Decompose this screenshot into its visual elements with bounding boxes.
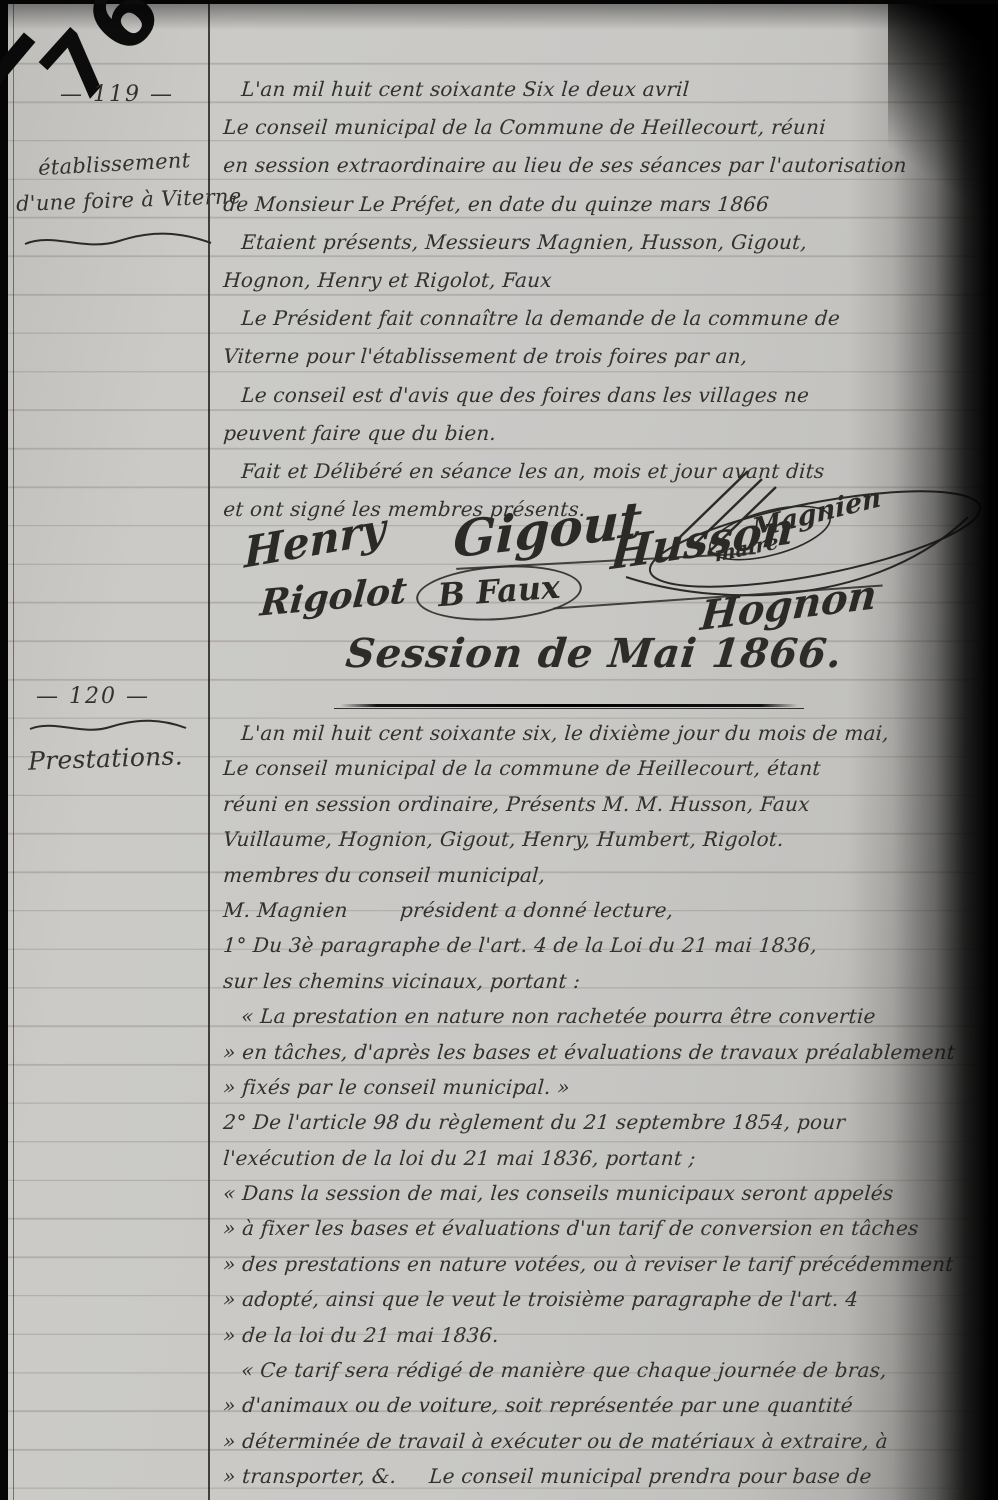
handwritten-line: Etaient présents, Messieurs Magnien, Hus… <box>222 223 949 261</box>
handwritten-line: » d'animaux ou de voiture, soit représen… <box>222 1388 948 1423</box>
handwritten-line: Le conseil est d'avis que des foires dan… <box>222 376 949 414</box>
page-edge-line <box>13 4 14 1500</box>
session-heading: Session de Mai 1866. <box>344 630 845 677</box>
handwritten-line: 1° Du 3è paragraphe de l'art. 4 de la Lo… <box>222 928 948 963</box>
scanned-register-page: 76 — 119 — établissement d'une foire à V… <box>0 0 998 1500</box>
margin-flourish-icon <box>28 716 188 738</box>
entry-120-body: L'an mil huit cent soixante six, le dixi… <box>222 716 946 1495</box>
handwritten-line: l'exécution de la loi du 21 mai 1836, po… <box>222 1141 948 1176</box>
handwritten-line: » de la loi du 21 mai 1836. <box>222 1318 948 1353</box>
heading-rule-heavy <box>340 704 798 707</box>
heading-rule-thin <box>334 708 804 709</box>
handwritten-line: L'an mil huit cent soixante Six le deux … <box>222 70 949 108</box>
handwritten-line: » en tâches, d'après les bases et évalua… <box>222 1035 948 1070</box>
handwritten-line: » à fixer les bases et évaluations d'un … <box>222 1211 948 1246</box>
paper: 76 — 119 — établissement d'une foire à V… <box>8 4 998 1500</box>
handwritten-line: peuvent faire que du bien. <box>222 414 949 452</box>
entry-120-number: — 120 — <box>36 684 150 709</box>
margin-flourish-icon <box>23 228 213 254</box>
handwritten-line: Hognon, Henry et Rigolot, Faux <box>222 261 949 299</box>
handwritten-line: en session extraordinaire au lieu de ses… <box>222 146 949 184</box>
handwritten-line: sur les chemins vicinaux, portant : <box>222 964 948 999</box>
handwritten-line: Vuillaume, Hognion, Gigout, Henry, Humbe… <box>222 822 948 857</box>
handwritten-line: réuni en session ordinaire, Présents M. … <box>222 787 948 822</box>
corner-shade <box>888 4 998 284</box>
handwritten-line: « Ce tarif sera rédigé de manière que ch… <box>222 1353 948 1388</box>
top-shade <box>8 4 998 30</box>
handwritten-line: membres du conseil municipal, <box>222 858 948 893</box>
handwritten-line: M. Magnien président a donné lecture, <box>222 893 948 928</box>
handwritten-line: de Monsieur Le Préfet, en date du quinze… <box>222 185 949 223</box>
handwritten-line: » déterminée de travail à exécuter ou de… <box>222 1424 948 1459</box>
handwritten-line: Le conseil municipal de la commune de He… <box>222 751 948 786</box>
handwritten-line: Le conseil municipal de la Commune de He… <box>222 108 949 146</box>
handwritten-line: Le Président fait connaître la demande d… <box>222 299 949 337</box>
entry-119-number: — 119 — <box>60 82 174 107</box>
handwritten-line: « Dans la session de mai, les conseils m… <box>222 1176 948 1211</box>
handwritten-line: » fixés par le conseil municipal. » <box>222 1070 948 1105</box>
handwritten-line: L'an mil huit cent soixante six, le dixi… <box>222 716 948 751</box>
handwritten-line: « La prestation en nature non rachetée p… <box>222 999 948 1034</box>
handwritten-line: » des prestations en nature votées, ou à… <box>222 1247 948 1282</box>
handwritten-line: Viterne pour l'établissement de trois fo… <box>222 337 949 375</box>
handwritten-line: » transporter, &. Le conseil municipal p… <box>222 1459 948 1494</box>
handwritten-line: » adopté, ainsi que le veut le troisième… <box>222 1282 948 1317</box>
handwritten-line: 2° De l'article 98 du règlement du 21 se… <box>222 1105 948 1140</box>
entry-120-margin-note: Prestations. <box>28 741 184 775</box>
